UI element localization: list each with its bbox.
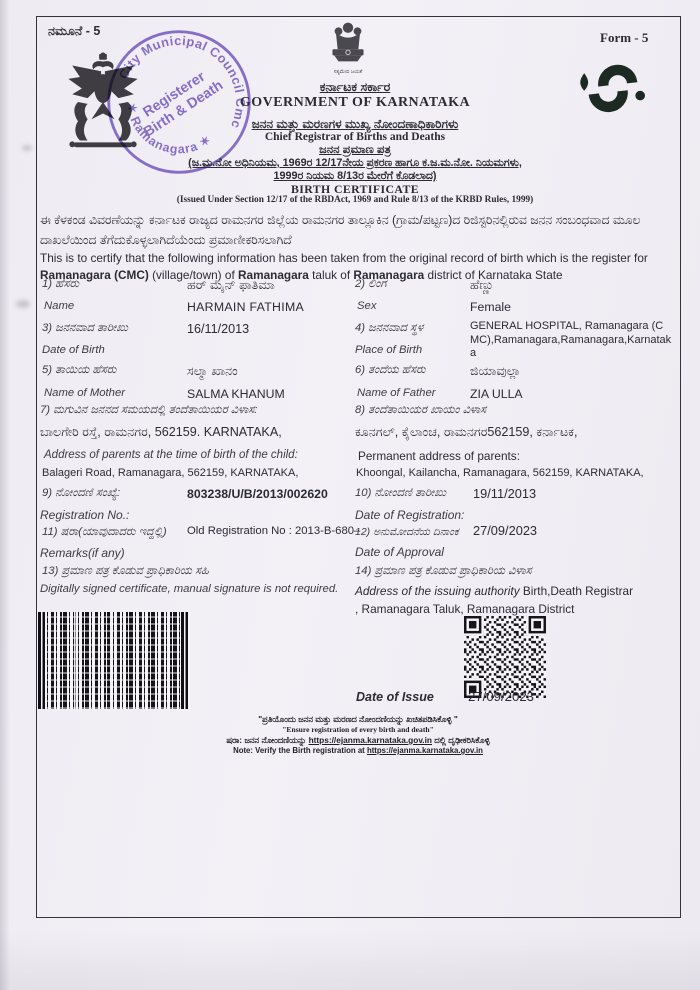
field14-line1-plain: Birth,Death Registrar [523, 584, 633, 598]
field10-label-kn: 10) ನೋಂದಣಿ ತಾರೀಖು [355, 487, 446, 500]
field5-value-kn: ಸಲ್ಮಾ ಖಾನಂ [187, 364, 238, 379]
scan-smudge [16, 300, 30, 308]
field8-value-en: Khoongal, Kailancha, Ramanagara, 562159,… [356, 467, 644, 479]
issued-under-line: (Issued Under Section 12/17 of the RBDAc… [30, 195, 680, 205]
field14-line1: Address of the issuing authority Birth,D… [355, 584, 633, 598]
field4-label-en: Place of Birth [355, 344, 422, 356]
field7-value-kn: ಬಾಲಗೇರಿ ರಸ್ತೆ, ರಾಮನಗರ, 562159. KARNATAKA… [40, 425, 282, 440]
field14-line2: , Ramanagara Taluk, Ramanagara District [355, 602, 574, 616]
field1-value-kn: ಹರ್ ಮೈನ್ ಫಾತಿಮಾ [187, 278, 275, 293]
footer-slogan-kannada: "ಪ್ರತಿಯೊಂದು ಜನನ ಮತ್ತು ಮರಣದ ನೋಂದಣಿಯನ್ನು ಖ… [36, 714, 680, 725]
certify-en-seg: This is to certify that the following in… [40, 251, 648, 265]
field8-value-kn: ಕೂನಗಲ್, ಕೈಲಾಂಚ, ರಾಮನಗರ562159, ಕರ್ನಾಟಕ, [355, 425, 577, 440]
chief-registrar-english: Chief Registrar of Births and Deaths [30, 131, 680, 143]
field5-label-en: Name of Mother [44, 387, 125, 399]
field7-value-en: Balageri Road, Ramanagara, 562159, KARNA… [42, 467, 298, 479]
field2-label-en: Sex [357, 300, 376, 312]
field3-label-en: Date of Birth [42, 344, 105, 356]
scan-smudge [22, 145, 32, 151]
field7-label-en: Address of parents at the time of birth … [44, 449, 298, 461]
field11-label-en: Remarks(if any) [40, 546, 125, 560]
field6-value-en: ZIA ULLA [470, 387, 523, 401]
field4-value: GENERAL HOSPITAL, Ramanagara (CMC),Raman… [470, 320, 672, 361]
emblem-motto: ಸತ್ಯಮೇವ ಜಯತೆ [312, 69, 384, 75]
field6-value-kn: ಜಿಯಾವುಲ್ಲಾ [470, 364, 521, 379]
government-title-english: GOVERNMENT OF KARNATAKA [30, 95, 680, 111]
field3-value: 16/11/2013 [187, 322, 249, 336]
footer-verify-en-url: https://ejanma.karnataka.gov.in [367, 746, 483, 755]
field6-label-en: Name of Father [357, 387, 435, 399]
field13-note-en: Digitally signed certificate, manual sig… [40, 583, 338, 595]
date-of-issue-label: Date of Issue [356, 690, 434, 704]
footer-slogan-english: "Ensure registration of every birth and … [36, 725, 680, 734]
footer-verify-en-pre: Note: Verify the Birth registration at [233, 746, 367, 755]
footer-verify-kn-post: ದಲ್ಲಿ ದೃಢೀಕರಿಸಿಕೊಳ್ಳಿ [432, 735, 490, 745]
field9-value: 803238/U/B/2013/002620 [187, 487, 328, 501]
field2-label-kn: 2) ಲಿಂಗ [355, 278, 387, 291]
field4-label-kn: 4) ಜನನವಾದ ಸ್ಥಳ [355, 322, 423, 335]
chief-registrar-kannada: ಜನನ ಮತ್ತು ಮರಣಗಳ ಮುಖ್ಯ ನೋಂದಣಾಧಿಕಾರಿಗಳು [30, 117, 680, 132]
field10-value: 19/11/2013 [473, 486, 536, 501]
field2-value-kn: ಹೆಣ್ಣು [470, 278, 494, 293]
form-number-english: Form - 5 [600, 30, 648, 46]
field1-label-en: Name [44, 300, 74, 312]
field5-label-kn: 5) ತಾಯಿಯ ಹೆಸರು [42, 364, 116, 377]
field10-label-en: Date of Registration: [355, 508, 464, 522]
field12-value: 27/09/2023 [473, 523, 537, 538]
field8-label-kn: 8) ತಂದೆತಾಯಿಯರ ಖಾಯಂ ವಿಳಾಸ [355, 404, 486, 417]
footer-verify-english: Note: Verify the Birth registration at h… [36, 746, 680, 755]
field8-label-en: Permanent address of parents: [358, 449, 520, 463]
field12-label-en: Date of Approval [355, 545, 444, 559]
field9-label-kn: 9) ನೋಂದಣಿ ಸಂಖ್ಯೆ: [42, 487, 120, 500]
field5-value-en: SALMA KHANUM [187, 387, 285, 401]
act-line1: (ಜ.ಮ.ನೋ ಅಧಿನಿಯಮ, 1969ರ 12/17ನೇಯ ಪ್ರಕರಣ ಹ… [30, 157, 680, 170]
field11-label-kn: 11) ಷರಾ(ಯಾವುದಾದರು ಇದ್ದಲ್ಲಿ) [42, 526, 167, 539]
field13-label-kn: 13) ಪ್ರಮಾಣ ಪತ್ರ ಕೊಡುವ ಪ್ರಾಧಿಕಾರಿಯ ಸಹಿ [42, 565, 209, 578]
government-title-kannada: ಕರ್ನಾಟಕ ಸರ್ಕಾರ [30, 80, 680, 95]
certify-paragraph-kannada: ಈ ಕೆಳಕಂಡ ವಿವರಣೆಯನ್ನು ಕರ್ನಾಟಕ ರಾಜ್ಯದ ರಾಮನ… [40, 210, 674, 250]
date-of-issue-value: 27/09/2023 [468, 689, 534, 704]
field11-value: Old Registration No : 2013-B-680– [187, 525, 360, 537]
footer-verify-kannada: ಷರಾ: ಜನನ ನೋಂದಣಿಯನ್ನು https://ejanma.karn… [36, 735, 680, 746]
field2-value-en: Female [470, 300, 511, 314]
footer-verify-kn-url: https://ejanma.karnataka.gov.in [309, 735, 432, 745]
certify-en-seg: taluk of [309, 268, 354, 282]
field3-label-kn: 3) ಜನನವಾದ ತಾರೀಖು [42, 322, 128, 335]
field6-label-kn: 6) ತಂದೆಯ ಹೆಸರು [355, 364, 426, 377]
field9-label-en: Registration No.: [40, 508, 129, 522]
form-number-kannada: ನಮೂನೆ - 5 [48, 24, 100, 39]
pdf417-barcode [38, 612, 190, 709]
footer-verify-kn-pre: ಷರಾ: ಜನನ ನೋಂದಣಿಯನ್ನು [226, 735, 308, 745]
birth-cert-title-kannada: ಜನನ ಪ್ರಮಾಣ ಪತ್ರ [30, 144, 680, 157]
field14-line1-italic: Address of the issuing authority [355, 584, 523, 598]
national-emblem-icon [324, 20, 372, 70]
field7-label-kn: 7) ಮಗುವಿನ ಜನನದ ಸಮಯದಲ್ಲಿ ತಂದೆತಾಯಿಯರ ವಿಳಾಸ… [40, 404, 257, 417]
field1-value-en: HARMAIN FATHIMA [187, 300, 304, 314]
field12-label-kn: 12) ಅನುಮೋದನೆಯ ದಿನಾಂಕ [355, 526, 459, 539]
birth-certificate-scan: ನಮೂನೆ - 5 Form - 5 ಸತ್ಯಮೇವ ಜಯತೆ [0, 0, 700, 990]
field14-label-kn: 14) ಪ್ರಮಾಣ ಪತ್ರ ಕೊಡುವ ಪ್ರಾಧಿಕಾರಿಯ ವಿಳಾಸ [355, 565, 532, 578]
field1-label-kn: 1) ಹೆಸರು [42, 278, 79, 291]
qr-code [464, 616, 546, 698]
